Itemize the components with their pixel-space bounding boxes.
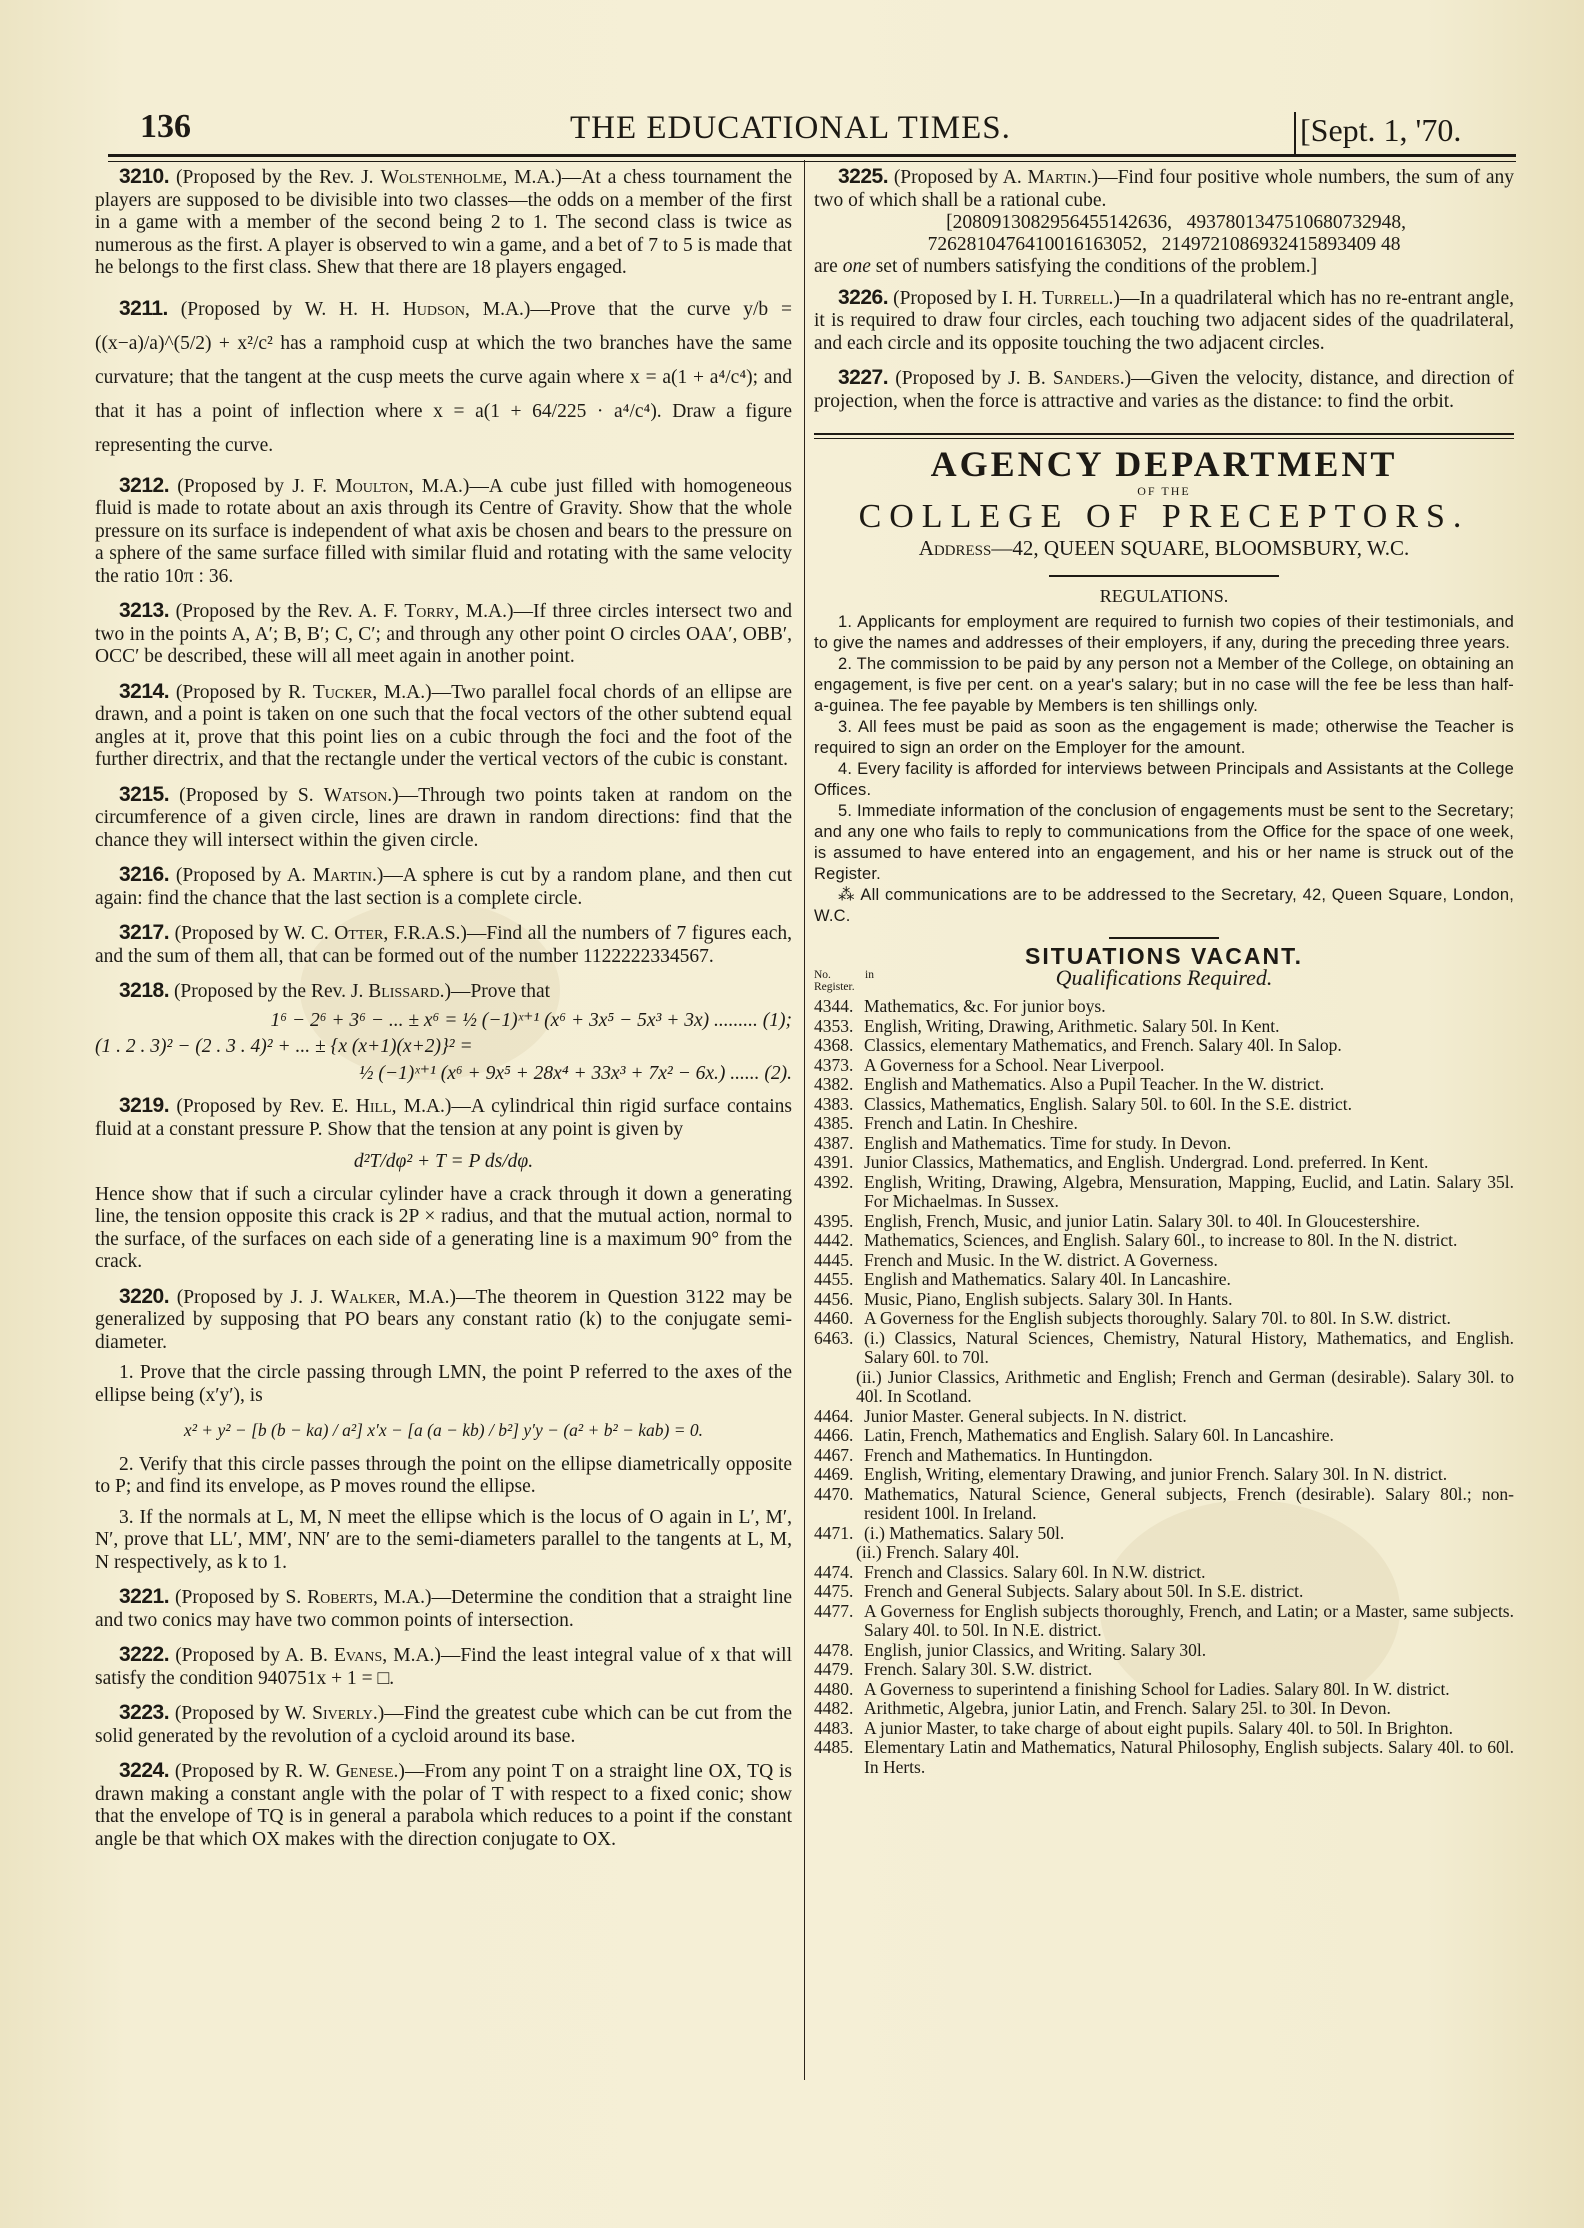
- list-item: 4471.(i.) Mathematics. Salary 50l.(ii.) …: [814, 1524, 1514, 1563]
- question-3212: 3212. (Proposed by J. F. Moulton, M.A.)—…: [95, 475, 792, 589]
- list-item: 4477.A Governess for English subjects th…: [814, 1602, 1514, 1641]
- proposer-name: Wolstenholme: [380, 167, 502, 188]
- agency-department-section: AGENCY DEPARTMENT OF THE COLLEGE OF PREC…: [814, 453, 1514, 939]
- list-item: 4485.Elementary Latin and Mathematics, N…: [814, 1738, 1514, 1777]
- proposer-name: Moulton: [335, 476, 408, 497]
- tension-equation: d²T/dφ² + T = P ds/dφ.: [95, 1151, 792, 1174]
- question-3218: 3218. (Proposed by the Rev. J. Blissard.…: [95, 980, 792, 1085]
- regulation-3: 3. All fees must be paid as soon as the …: [814, 717, 1514, 759]
- question-3213: 3213. (Proposed by the Rev. A. F. Torry,…: [95, 600, 792, 669]
- proposer-name: Genese: [336, 1761, 394, 1782]
- short-rule: [1109, 937, 1219, 939]
- regulation-note: ⁂ All communications are to be addressed…: [814, 885, 1514, 927]
- list-item: 4387.English and Mathematics. Time for s…: [814, 1134, 1514, 1154]
- situations-title: SITUATIONS VACANT.: [814, 945, 1514, 968]
- list-item: 4382.English and Mathematics. Also a Pup…: [814, 1075, 1514, 1095]
- part-1: 1. Prove that the circle passing through…: [95, 1362, 792, 1407]
- proposer-name: Turrell: [1042, 288, 1108, 309]
- list-item: 4480.A Governess to superintend a finish…: [814, 1680, 1514, 1700]
- list-item: 4482.Arithmetic, Algebra, junior Latin, …: [814, 1699, 1514, 1719]
- right-column: 3225. (Proposed by A. Martin.)—Find four…: [814, 166, 1514, 1777]
- issue-date: [Sept. 1, '70.: [1300, 112, 1461, 149]
- college-address: Address—42, QUEEN SQUARE, BLOOMSBURY, W.…: [814, 537, 1514, 560]
- list-item: 4464.Junior Master. General subjects. In…: [814, 1407, 1514, 1427]
- part-3: 3. If the normals at L, M, N meet the el…: [95, 1507, 792, 1575]
- question-3219: 3219. (Proposed by Rev. E. Hill, M.A.)—A…: [95, 1095, 792, 1274]
- question-3221: 3221. (Proposed by S. Roberts, M.A.)—Det…: [95, 1586, 792, 1632]
- situations-vacant-section: SITUATIONS VACANT. No. in Register. Qual…: [814, 945, 1514, 1778]
- list-item: 4460.A Governess for the English subject…: [814, 1309, 1514, 1329]
- question-3226: 3226. (Proposed by I. H. Turrell.)—In a …: [814, 287, 1514, 356]
- page-header: 136 THE EDUCATIONAL TIMES. [Sept. 1, '70…: [100, 108, 1520, 152]
- question-3214: 3214. (Proposed by R. Tucker, M.A.)—Two …: [95, 681, 792, 772]
- proposer-name: Blissard: [368, 981, 439, 1002]
- section-rule: [814, 433, 1514, 439]
- question-3215: 3215. (Proposed by S. Watson.)—Through t…: [95, 784, 792, 853]
- proposer-name: Tucker: [313, 682, 372, 703]
- question-3217: 3217. (Proposed by W. C. Otter, F.R.A.S.…: [95, 922, 792, 968]
- number-set: [2080913082956455142636, 493780134751068…: [814, 212, 1514, 256]
- list-item: 4385.French and Latin. In Cheshire.: [814, 1114, 1514, 1134]
- question-3216: 3216. (Proposed by A. Martin.)—A sphere …: [95, 864, 792, 910]
- newspaper-page: 136 THE EDUCATIONAL TIMES. [Sept. 1, '70…: [0, 0, 1584, 2228]
- list-item: 4470.Mathematics, Natural Science, Gener…: [814, 1485, 1514, 1524]
- qualifications-column-header: Qualifications Required.: [814, 967, 1514, 990]
- proposer-name: Watson: [324, 785, 388, 806]
- masthead-title: THE EDUCATIONAL TIMES.: [570, 110, 1011, 147]
- equation-1: 1⁶ − 2⁶ + 3⁶ − ... ± x⁶ = ½ (−1)ˣ⁺¹ (x⁶ …: [95, 1010, 792, 1033]
- proposer-name: Evans: [334, 1645, 382, 1666]
- list-item: 4479.French. Salary 30l. S.W. district.: [814, 1660, 1514, 1680]
- page-number: 136: [140, 108, 191, 146]
- equation-2-lhs: (1 . 2 . 3)² − (2 . 3 . 4)² + ... ± {x (…: [95, 1036, 792, 1059]
- question-3224: 3224. (Proposed by R. W. Genese.)—From a…: [95, 1760, 792, 1851]
- header-rule: [108, 154, 1516, 162]
- list-item: 4478.English, junior Classics, and Writi…: [814, 1641, 1514, 1661]
- list-item: 6463.(i.) Classics, Natural Sciences, Ch…: [814, 1329, 1514, 1407]
- list-item: 4383.Classics, Mathematics, English. Sal…: [814, 1095, 1514, 1115]
- question-3220: 3220. (Proposed by J. J. Walker, M.A.)—T…: [95, 1286, 792, 1575]
- list-item: 4469.English, Writing, elementary Drawin…: [814, 1465, 1514, 1485]
- regulation-2: 2. The commission to be paid by any pers…: [814, 654, 1514, 717]
- question-3225: 3225. (Proposed by A. Martin.)—Find four…: [814, 166, 1514, 279]
- list-item: 4395.English, French, Music, and junior …: [814, 1212, 1514, 1232]
- list-item: 4475.French and General Subjects. Salary…: [814, 1582, 1514, 1602]
- question-3227: 3227. (Proposed by J. B. Sanders.)—Given…: [814, 367, 1514, 413]
- list-item: 4353.English, Writing, Drawing, Arithmet…: [814, 1017, 1514, 1037]
- list-item: 4455.English and Mathematics. Salary 40l…: [814, 1270, 1514, 1290]
- proposer-name: Martin: [313, 865, 372, 886]
- college-title: COLLEGE OF PRECEPTORS.: [814, 506, 1514, 529]
- proposer-name: Roberts: [307, 1587, 373, 1608]
- list-item: 4373.A Governess for a School. Near Live…: [814, 1056, 1514, 1076]
- proposer-name: Torry: [404, 601, 454, 622]
- list-item: 4456.Music, Piano, English subjects. Sal…: [814, 1290, 1514, 1310]
- list-item: 4344.Mathematics, &c. For junior boys.: [814, 997, 1514, 1017]
- proposer-name: Otter: [334, 923, 383, 944]
- list-item: 4483.A junior Master, to take charge of …: [814, 1719, 1514, 1739]
- short-rule: [1049, 575, 1279, 577]
- question-3222: 3222. (Proposed by A. B. Evans, M.A.)—Fi…: [95, 1644, 792, 1690]
- list-item: 4467.French and Mathematics. In Huntingd…: [814, 1446, 1514, 1466]
- regulation-5: 5. Immediate information of the conclusi…: [814, 801, 1514, 885]
- list-item: 4442.Mathematics, Sciences, and English.…: [814, 1231, 1514, 1251]
- list-item: 4474.French and Classics. Salary 60l. In…: [814, 1563, 1514, 1583]
- agency-title: AGENCY DEPARTMENT: [814, 453, 1514, 476]
- question-3223: 3223. (Proposed by W. Siverly.)—Find the…: [95, 1702, 792, 1748]
- proposer-name: Hill: [356, 1096, 392, 1117]
- list-item: 4445.French and Music. In the W. distric…: [814, 1251, 1514, 1271]
- number-set-note: are one set of numbers satisfying the co…: [814, 256, 1514, 279]
- list-item: 4391.Junior Classics, Mathematics, and E…: [814, 1153, 1514, 1173]
- circle-equation: x² + y² − [b (b − ka) / a²] x′x − [a (a …: [95, 1419, 792, 1442]
- situations-list: 4344.Mathematics, &c. For junior boys. 4…: [814, 997, 1514, 1777]
- list-item: 4392.English, Writing, Drawing, Algebra,…: [814, 1173, 1514, 1212]
- question-3211: 3211. (Proposed by W. H. H. Hudson, M.A.…: [95, 292, 792, 463]
- proposer-name: Sanders: [1053, 368, 1120, 389]
- list-item: 4466.Latin, French, Mathematics and Engl…: [814, 1426, 1514, 1446]
- proposer-name: Martin: [1028, 167, 1087, 188]
- question-3219-continued: Hence show that if such a circular cylin…: [95, 1184, 792, 1274]
- left-column: 3210. (Proposed by the Rev. J. Wolstenho…: [95, 166, 792, 1863]
- situations-column-headers: No. in Register. Qualifications Required…: [814, 967, 1514, 995]
- part-2: 2. Verify that this circle passes throug…: [95, 1454, 792, 1499]
- proposer-name: Siverly: [312, 1703, 373, 1724]
- proposer-name: Hudson: [403, 299, 465, 320]
- regulations-title: REGULATIONS.: [814, 585, 1514, 608]
- regulation-1: 1. Applicants for employment are require…: [814, 612, 1514, 654]
- regulation-4: 4. Every facility is afforded for interv…: [814, 759, 1514, 801]
- proposer-name: Walker: [331, 1287, 396, 1308]
- list-item: 4368.Classics, elementary Mathematics, a…: [814, 1036, 1514, 1056]
- column-divider: [804, 160, 805, 2080]
- equation-2-rhs: ½ (−1)ˣ⁺¹ (x⁶ + 9x⁵ + 28x⁴ + 33x³ + 7x² …: [95, 1063, 792, 1086]
- question-3210: 3210. (Proposed by the Rev. J. Wolstenho…: [95, 166, 792, 280]
